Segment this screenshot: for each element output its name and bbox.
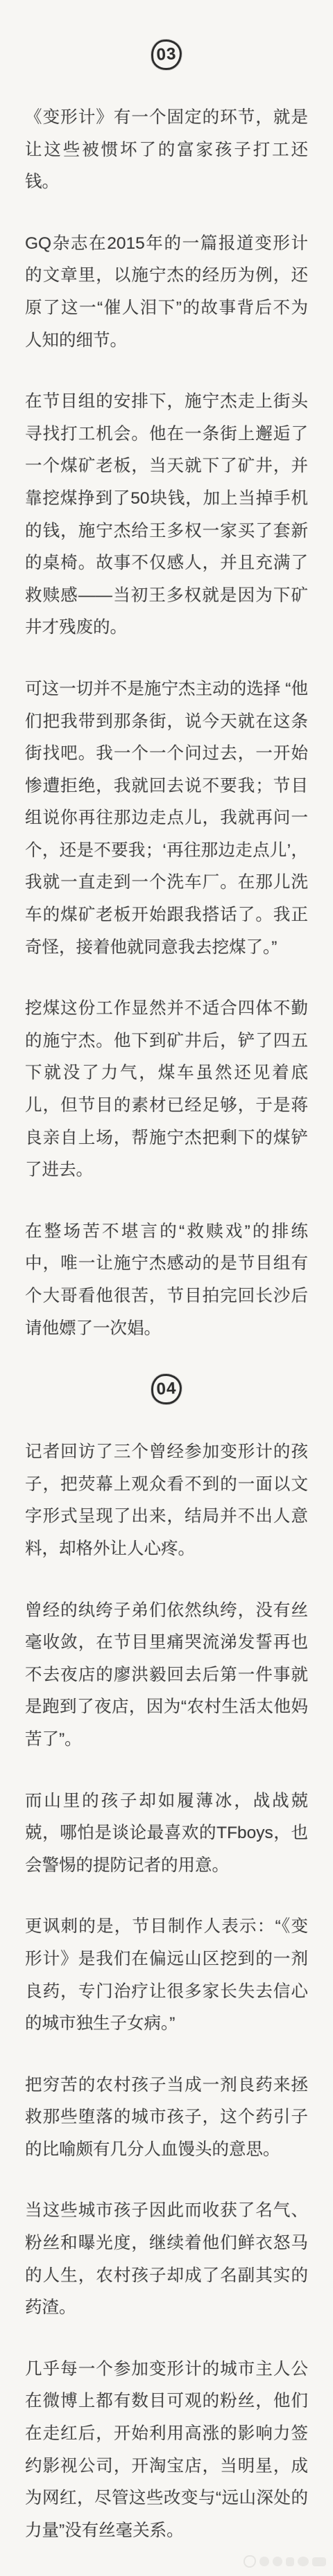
paragraph: 几乎每一个参加变形计的城市主人公在微博上都有数目可观的粉丝，他们在走红后，开始利… (25, 2354, 308, 2548)
paragraph: 在整场苦不堪言的“救赎戏”的排练中，唯一让施宁杰感动的是节目组有个大哥看他很苦，… (25, 1216, 308, 1345)
section-marker-04: 04 (0, 1374, 333, 1404)
paragraph: 把穷苦的农村孩子当成一剂良药来拯救那些堕落的城市孩子，这个药引子的比喻颇有几分人… (25, 2070, 308, 2167)
paragraph: 当这些城市孩子因此而收获了名气、粉丝和曝光度，继续着他们鲜衣怒马的人生，农村孩子… (25, 2195, 308, 2324)
paragraph: 而山里的孩子却如履薄冰，战战兢兢，哪怕是谈论最喜欢的TFboys，也会警惕的提防… (25, 1785, 308, 1882)
watermark-glyph (286, 2557, 294, 2566)
paragraph: 在节目组的安排下，施宁杰走上街头寻找打工机会。他在一条街上邂逅了一个煤矿老板，当… (25, 386, 308, 644)
paragraph: 记者回访了三个曾经参加变形计的孩子，把荧幕上观众看不到的一面以文字形式呈现了出来… (25, 1436, 308, 1565)
paragraph: 更讽刺的是，节目制作人表示：“《变形计》是我们在偏远山区挖到的一剂良药，专门治疗… (25, 1911, 308, 2040)
article-page: 03 《变形计》有一个固定的环节，就是让这些被惯坏了的富家孩子打工还钱。 GQ杂… (0, 0, 333, 2576)
paragraph: 可这一切并不是施宁杰主动的选择 “他们把我带到那条街，说今天就在这条街找吧。我一… (25, 673, 308, 964)
watermark-glyph (259, 2557, 269, 2566)
paragraph: 曾经的纨绔子弟们依然纨绔，没有丝毫收敛，在节目里痛哭流涕发誓再也不去夜店的廖洪毅… (25, 1595, 308, 1756)
watermark (244, 2555, 326, 2568)
paragraph: GQ杂志在2015年的一篇报道变形计的文章里，以施宁杰的经历为例，还原了这一“催… (25, 228, 308, 357)
watermark-glyph (312, 2557, 326, 2566)
watermark-glyph (273, 2557, 282, 2566)
section-number-circle: 03 (151, 39, 182, 71)
watermark-logo-icon (244, 2555, 256, 2568)
section-number-circle: 04 (151, 1373, 182, 1405)
section-marker-03: 03 (0, 39, 333, 70)
paragraph: 挖煤这份工作显然并不适合四体不勤的施宁杰。他下到矿井后，铲了四五下就没了力气，煤… (25, 993, 308, 1187)
watermark-glyph (298, 2557, 309, 2566)
paragraph: 《变形计》有一个固定的环节，就是让这些被惯坏了的富家孩子打工还钱。 (25, 102, 308, 199)
